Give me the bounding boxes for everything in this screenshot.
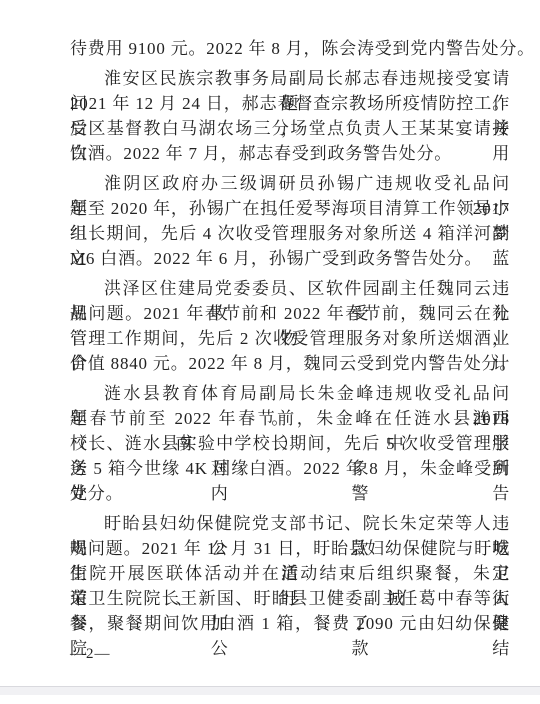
text-line: 受区基督教白马湖农场三分场堂点负责人王某某宴请并饮用 — [70, 116, 510, 141]
text-line: 白酒。2022 年 7 月，郝志春受到政务警告处分。 — [70, 141, 510, 166]
text-line: 年春节前至 2022 年春节前，朱金峰在任涟水县涟西（南）中学 — [70, 406, 510, 431]
paragraph: 淮安区民族宗教事务局副局长郝志春违规接受宴请问题。2021 年 12 月 24 … — [70, 66, 510, 166]
text-line: 管理工作期间，先后 2 次收受管理服务对象所送烟酒，合计 — [70, 326, 510, 351]
text-line: 2021 年 12 月 24 日，郝志春督查宗教场所疫情防控工作后，接 — [70, 91, 510, 116]
text-line: 价值 8840 元。2022 年 8 月，魏同云受到党内警告处分。 — [70, 351, 510, 376]
text-line: 品问题。2021 年春节前和 2022 年春节前，魏同云在分管物业 — [70, 301, 510, 326]
paragraph: 待费用 9100 元。2022 年 8 月，陈会涛受到党内警告处分。 — [70, 36, 510, 61]
text-line: 喝问题。2021 年 12 月 31 日，盱眙县妇幼保健院与盱城街道卫 — [70, 536, 510, 561]
paragraph: 淮阴区政府办三级调研员孙锡广违规收受礼品问题。2017年至 2020 年，孙锡广… — [70, 171, 510, 271]
text-line: 淮安区民族宗教事务局副局长郝志春违规接受宴请问题。 — [70, 66, 510, 91]
text-line: 道卫生院院长王新国、盱眙县卫健委副主任葛中春等人参加了聚 — [70, 586, 510, 611]
paragraph: 盱眙县妇幼保健院党支部书记、院长朱定荣等人违规公款吃喝问题。2021 年 12 … — [70, 511, 510, 636]
paragraph: 涟水县教育体育局副局长朱金峰违规收受礼品问题。2018年春节前至 2022 年春… — [70, 381, 510, 506]
paragraph: 洪泽区住建局党委委员、区软件园副主任魏同云违规收受礼品问题。2021 年春节前和… — [70, 276, 510, 376]
text-line: 餐，聚餐期间饮用白酒 1 箱，餐费 2090 元由妇幼保健院公款结 — [70, 611, 510, 636]
text-line: 年至 2020 年，孙锡广在担任爱琴海项目清算工作领导小组副 — [70, 196, 510, 221]
text-area: 待费用 9100 元。2022 年 8 月，陈会涛受到党内警告处分。淮安区民族宗… — [70, 36, 510, 636]
page-number: —2— — [70, 644, 111, 664]
text-line: 洪泽区住建局党委委员、区软件园副主任魏同云违规收受礼 — [70, 276, 510, 301]
text-line: 淮阴区政府办三级调研员孙锡广违规收受礼品问题。2017 — [70, 171, 510, 196]
document-page: 待费用 9100 元。2022 年 8 月，陈会涛受到党内警告处分。淮安区民族宗… — [0, 0, 540, 695]
text-line: 送 5 箱今世缘 4K 国缘白酒。2022 年 8 月，朱金峰受到党内警告 — [70, 456, 510, 481]
text-line: 涟水县教育体育局副局长朱金峰违规收受礼品问题。2018 — [70, 381, 510, 406]
page-gap — [0, 686, 540, 695]
text-line: 待费用 9100 元。2022 年 8 月，陈会涛受到党内警告处分。 — [70, 36, 510, 61]
text-line: 盱眙县妇幼保健院党支部书记、院长朱定荣等人违规公款吃 — [70, 511, 510, 536]
text-line: 组长期间，先后 4 次收受管理服务对象所送 4 箱洋河梦之蓝 — [70, 221, 510, 246]
text-line: M6 白酒。2022 年 6 月，孙锡广受到政务警告处分。 — [70, 246, 510, 271]
text-line: 校长、涟水县实验中学校长期间，先后 5 次收受管理服务对象所 — [70, 431, 510, 456]
text-line: 生院开展医联体活动并在活动结束后组织聚餐，朱定荣、盱城街 — [70, 561, 510, 586]
